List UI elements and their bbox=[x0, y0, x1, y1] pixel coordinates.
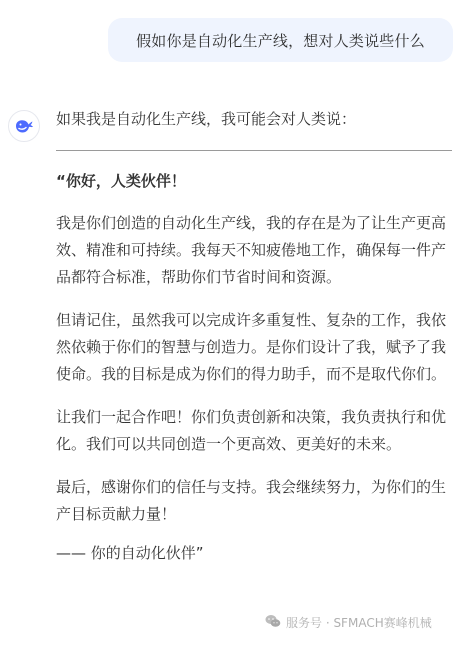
response-signature: —— 你的自动化伙伴” bbox=[56, 542, 456, 564]
divider bbox=[56, 150, 452, 151]
assistant-response: 如果我是自动化生产线，我可能会对人类说： “你好，人类伙伴！ 我是你们创造的自动… bbox=[56, 108, 456, 564]
whale-logo-icon bbox=[14, 118, 34, 134]
watermark-text: 服务号 · SFMACH赛峰机械 bbox=[286, 614, 432, 631]
response-paragraph: 让我们一起合作吧！你们负责创新和决策，我负责执行和优化。我们可以共同创造一个更高… bbox=[56, 404, 452, 458]
watermark: 服务号 · SFMACH赛峰机械 bbox=[265, 614, 432, 631]
user-message-bubble: 假如你是自动化生产线，想对人类说些什么 bbox=[108, 18, 453, 62]
response-intro: 如果我是自动化生产线，我可能会对人类说： bbox=[56, 108, 456, 130]
user-message-text: 假如你是自动化生产线，想对人类说些什么 bbox=[136, 30, 425, 51]
response-paragraph: 我是你们创造的自动化生产线，我的存在是为了让生产更高效、精准和可持续。我每天不知… bbox=[56, 210, 452, 291]
assistant-avatar bbox=[8, 110, 40, 142]
response-paragraph: 但请记住，虽然我可以完成许多重复性、复杂的工作，我依然依赖于你们的智慧与创造力。… bbox=[56, 307, 452, 388]
response-paragraph: 最后，感谢你们的信任与支持。我会继续努力，为你们的生产目标贡献力量！ bbox=[56, 474, 452, 528]
response-greeting: “你好，人类伙伴！ bbox=[56, 170, 456, 192]
wechat-icon bbox=[265, 614, 281, 631]
